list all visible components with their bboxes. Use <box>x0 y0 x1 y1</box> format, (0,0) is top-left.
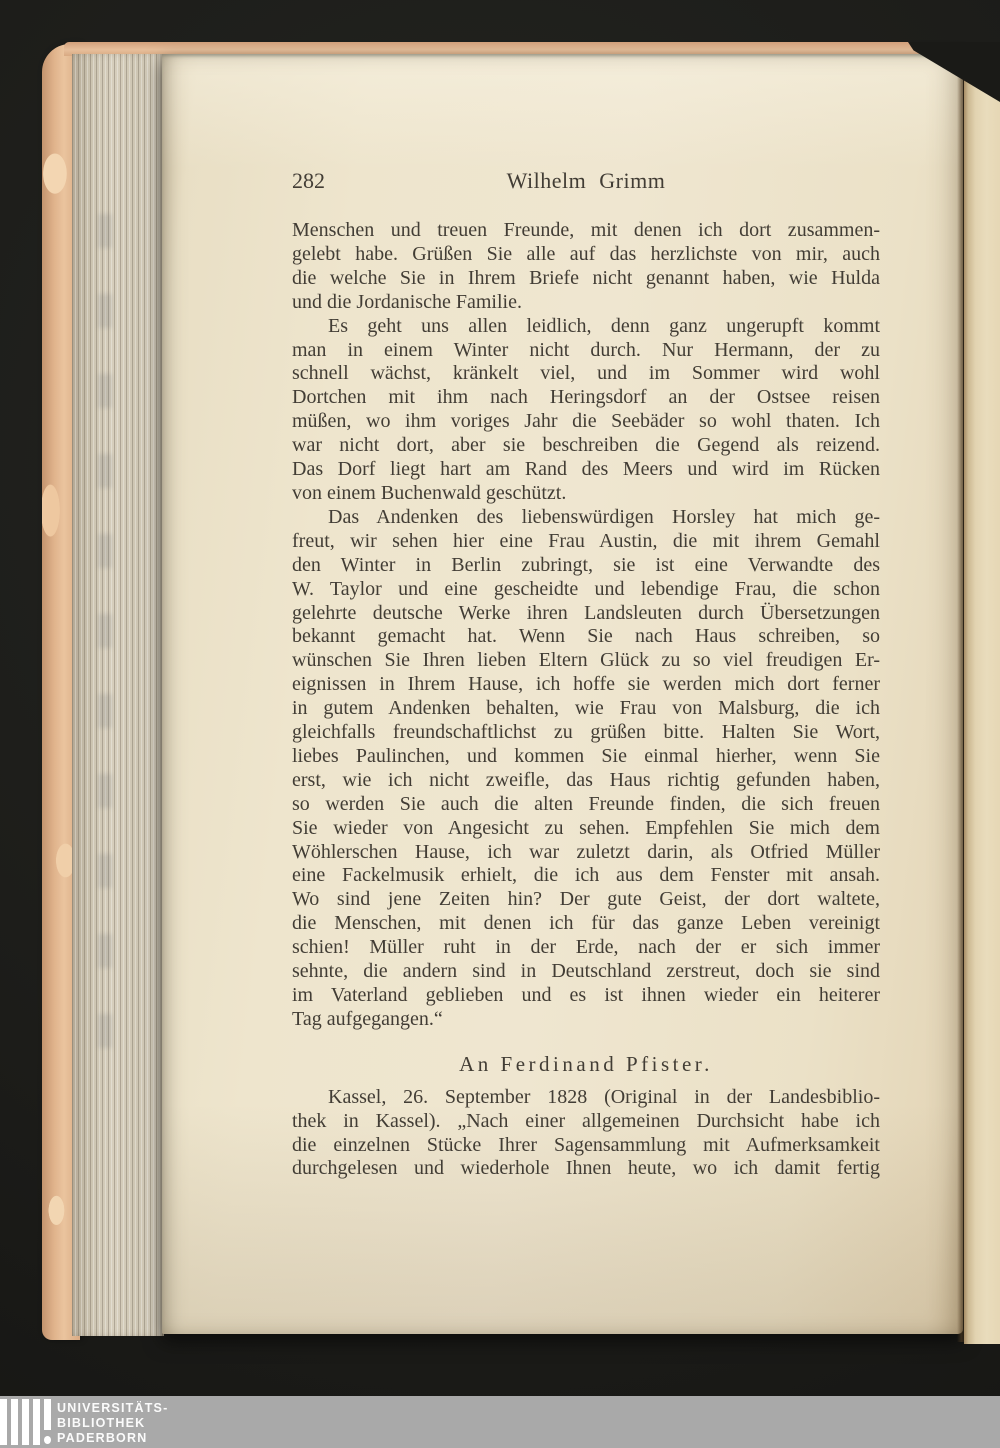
running-title: Wilhelm Grimm <box>292 168 880 194</box>
library-name-line1: UNIVERSITÄTS- <box>57 1401 168 1416</box>
text-line: thek in Kassel). „Nach einer allgemeinen… <box>292 1110 880 1134</box>
book-page: 282 Wilhelm Grimm Menschen und treuen Fr… <box>162 54 963 1334</box>
text-line: in gutem Andenken behalten, wie Frau von… <box>292 697 880 721</box>
text-line: gelehrte deutsche Werke ihren Landsleute… <box>292 602 880 626</box>
paragraph: Das Andenken des liebenswürdigen Horsley… <box>292 506 880 1032</box>
page-block-edges <box>72 54 164 1336</box>
text-block: Menschen und treuen Freunde, mit denen i… <box>292 219 880 1181</box>
logo-bar <box>22 1399 29 1445</box>
adjacent-page-edge <box>964 60 1000 1344</box>
library-name-line3: PADERBORN <box>57 1431 168 1446</box>
logo-bar <box>0 1399 7 1445</box>
text-line: W. Taylor und eine gescheidte und lebend… <box>292 578 880 602</box>
page-header: 282 Wilhelm Grimm <box>292 168 880 194</box>
text-line: Dortchen mit ihm nach Heringsdorf an der… <box>292 386 880 410</box>
text-line: wünschen Sie Ihren lieben Eltern Glück z… <box>292 649 880 673</box>
text-line: müßen, wo ihm voriges Jahr die Seebäder … <box>292 410 880 434</box>
text-line: die Menschen, mit denen ich für das ganz… <box>292 912 880 936</box>
paragraph: Kassel, 26. September 1828 (Original in … <box>292 1086 880 1182</box>
text-line: den Winter in Berlin zubringt, sie ist e… <box>292 554 880 578</box>
paragraph: Menschen und treuen Freunde, mit denen i… <box>292 219 880 315</box>
paragraph-group-after-heading: Kassel, 26. September 1828 (Original in … <box>292 1086 880 1182</box>
library-logo-bars-icon <box>0 1399 52 1445</box>
text-line: die einzelnen Stücke Ihrer Sagensammlung… <box>292 1134 880 1158</box>
text-line: Es geht uns allen leidlich, denn ganz un… <box>292 315 880 339</box>
text-line: gleichfalls freundschaftlichst zu grüßen… <box>292 721 880 745</box>
section-heading: An Ferdinand Pfister. <box>292 1053 880 1077</box>
logo-bar <box>11 1399 18 1445</box>
text-line: Kassel, 26. September 1828 (Original in … <box>292 1086 880 1110</box>
text-line: von einem Buchenwald geschützt. <box>292 482 880 506</box>
text-line: man in einem Winter nicht durch. Nur Her… <box>292 339 880 363</box>
text-line: im Vaterland geblieben und es ist ihnen … <box>292 984 880 1008</box>
text-line: gelebt habe. Grüßen Sie alle auf das her… <box>292 243 880 267</box>
text-line: durchgelesen und wiederhole Ihnen heute,… <box>292 1157 880 1181</box>
text-line: Wo sind jene Zeiten hin? Der gute Geist,… <box>292 888 880 912</box>
text-line: Das Andenken des liebenswürdigen Horsley… <box>292 506 880 530</box>
logo-bar-exclamation-dot <box>44 1436 51 1444</box>
text-line: Das Dorf liegt hart am Rand des Meers un… <box>292 458 880 482</box>
text-line: Sie wieder von Angesicht zu sehen. Empfe… <box>292 817 880 841</box>
text-line: Menschen und treuen Freunde, mit denen i… <box>292 219 880 243</box>
logo-bar <box>33 1399 40 1445</box>
text-line: eignissen in Ihrem Hause, ich hoffe sie … <box>292 673 880 697</box>
text-line: liebes Paulinchen, und kommen Sie einmal… <box>292 745 880 769</box>
paragraph: Es geht uns allen leidlich, denn ganz un… <box>292 315 880 506</box>
scan-background: 282 Wilhelm Grimm Menschen und treuen Fr… <box>0 0 1000 1448</box>
paragraph-group-main: Menschen und treuen Freunde, mit denen i… <box>292 219 880 1032</box>
text-line: schien! Müller ruht in der Erde, nach de… <box>292 936 880 960</box>
text-line: bekannt gemacht hat. Wenn Sie nach Haus … <box>292 625 880 649</box>
text-line: Wöhlerschen Hause, ich war zuletzt darin… <box>292 841 880 865</box>
text-line: erst, wie ich nicht zweifle, das Haus ri… <box>292 769 880 793</box>
text-line: freut, wir sehen hier eine Frau Austin, … <box>292 530 880 554</box>
text-line: sehnte, die andern sind in Deutschland z… <box>292 960 880 984</box>
text-line: eine Fackelmusik erhielt, die ich aus de… <box>292 864 880 888</box>
text-line: die welche Sie in Ihrem Briefe nicht gen… <box>292 267 880 291</box>
library-banner: UNIVERSITÄTS- BIBLIOTHEK PADERBORN <box>0 1396 1000 1448</box>
text-line: so werden Sie auch die alten Freunde fin… <box>292 793 880 817</box>
text-line: war nicht dort, aber sie beschreiben die… <box>292 434 880 458</box>
library-name-line2: BIBLIOTHEK <box>57 1416 168 1431</box>
text-line: Tag aufgegangen.“ <box>292 1008 880 1032</box>
library-name: UNIVERSITÄTS- BIBLIOTHEK PADERBORN <box>57 1401 168 1446</box>
text-line: und die Jordanische Familie. <box>292 291 880 315</box>
text-line: schnell wächst, kränkelt viel, und im So… <box>292 362 880 386</box>
logo-bar-exclamation <box>44 1399 51 1430</box>
